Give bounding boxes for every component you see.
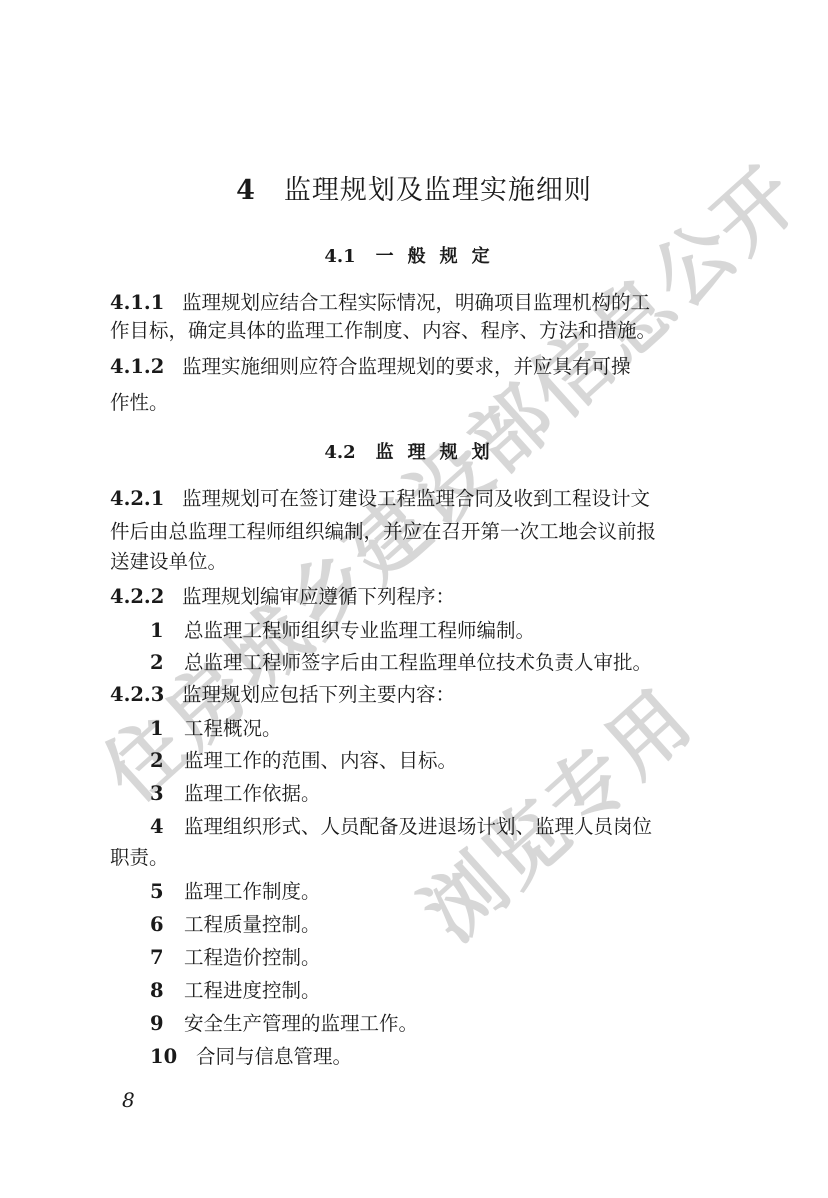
section-title-text: 监理规划 — [376, 442, 504, 463]
list-item: 1总监理工程师组织专业监理工程师编制。 — [150, 617, 762, 645]
section-number: 4.2 — [324, 442, 355, 463]
item-number: 1 — [150, 715, 184, 743]
list-item: 4监理组织形式、人员配备及进退场计划、监理人员岗位 — [150, 813, 762, 841]
item-number: 3 — [150, 780, 184, 808]
clause-number: 4.2.1 — [110, 485, 182, 513]
section-title-4-2: 4.2监理规划 — [0, 438, 828, 464]
list-item: 10合同与信息管理。 — [150, 1043, 762, 1071]
item-text: 工程进度控制。 — [184, 979, 321, 1002]
clause-text: 监理规划应结合工程实际情况，明确项目监理机构的工 — [182, 291, 650, 314]
clause-4-2-3-line1: 4.2.3监理规划应包括下列主要内容： — [110, 681, 722, 709]
item-number: 1 — [150, 617, 184, 645]
document-page: 住房城乡建设部信息公开 浏览专用 4监理规划及监理实施细则 4.1一般规定 4.… — [0, 0, 828, 1198]
item-number: 8 — [150, 977, 184, 1005]
clause-4-1-2-line1: 4.1.2监理实施细则应符合监理规划的要求，并应具有可操 — [110, 353, 722, 381]
item-text: 合同与信息管理。 — [196, 1045, 352, 1068]
list-item: 7工程造价控制。 — [150, 944, 762, 972]
clause-4-1-1-line2: 作目标，确定具体的监理工作制度、内容、程序、方法和措施。 — [110, 317, 722, 345]
item-text: 总监理工程师签字后由工程监理单位技术负责人审批。 — [184, 651, 652, 674]
chapter-title-text: 监理规划及监理实施细则 — [284, 175, 592, 206]
clause-4-2-1-line1: 4.2.1监理规划可在签订建设工程监理合同及收到工程设计文 — [110, 485, 722, 513]
clause-text: 监理规划应包括下列主要内容： — [182, 683, 455, 706]
list-item: 3监理工作依据。 — [150, 780, 762, 808]
item-text: 监理工作依据。 — [184, 782, 321, 805]
section-number: 4.1 — [324, 246, 355, 267]
item-text: 监理组织形式、人员配备及进退场计划、监理人员岗位 — [184, 815, 652, 838]
section-title-text: 一般规定 — [376, 246, 504, 267]
item-number: 6 — [150, 911, 184, 939]
chapter-title: 4监理规划及监理实施细则 — [0, 168, 828, 207]
item-text: 工程概况。 — [184, 717, 282, 740]
clause-4-1-2-line2: 作性。 — [110, 389, 722, 417]
list-item: 2监理工作的范围、内容、目标。 — [150, 747, 762, 775]
list-item: 2总监理工程师签字后由工程监理单位技术负责人审批。 — [150, 649, 762, 677]
clause-number: 4.2.2 — [110, 583, 182, 611]
clause-4-2-1-line3: 送建设单位。 — [110, 548, 722, 576]
list-item: 8工程进度控制。 — [150, 977, 762, 1005]
clause-number: 4.1.1 — [110, 289, 182, 317]
list-item: 9安全生产管理的监理工作。 — [150, 1010, 762, 1038]
item-number: 9 — [150, 1010, 184, 1038]
clause-4-2-2-line1: 4.2.2监理规划编审应遵循下列程序： — [110, 583, 722, 611]
clause-number: 4.1.2 — [110, 353, 182, 381]
clause-text: 监理规划编审应遵循下列程序： — [182, 585, 455, 608]
item-number: 2 — [150, 747, 184, 775]
item-text: 安全生产管理的监理工作。 — [184, 1012, 418, 1035]
section-title-4-1: 4.1一般规定 — [0, 242, 828, 268]
item-number: 5 — [150, 878, 184, 906]
clause-4-1-1-line1: 4.1.1监理规划应结合工程实际情况，明确项目监理机构的工 — [110, 289, 722, 317]
item-number: 7 — [150, 944, 184, 972]
clause-number: 4.2.3 — [110, 681, 182, 709]
item-text: 工程造价控制。 — [184, 946, 321, 969]
item-number: 4 — [150, 813, 184, 841]
list-item-continuation: 职责。 — [110, 844, 722, 872]
list-item: 6工程质量控制。 — [150, 911, 762, 939]
item-text: 监理工作制度。 — [184, 880, 321, 903]
list-item: 5监理工作制度。 — [150, 878, 762, 906]
item-number: 2 — [150, 649, 184, 677]
clause-text: 监理实施细则应符合监理规划的要求，并应具有可操 — [182, 355, 631, 378]
clause-4-2-1-line2: 件后由总监理工程师组织编制，并应在召开第一次工地会议前报 — [110, 518, 722, 546]
item-number: 10 — [150, 1043, 196, 1071]
chapter-number: 4 — [236, 175, 256, 206]
page-number: 8 — [122, 1088, 135, 1112]
list-item: 1工程概况。 — [150, 715, 762, 743]
item-text: 工程质量控制。 — [184, 913, 321, 936]
clause-text: 监理规划可在签订建设工程监理合同及收到工程设计文 — [182, 487, 650, 510]
item-text: 总监理工程师组织专业监理工程师编制。 — [184, 619, 535, 642]
item-text: 监理工作的范围、内容、目标。 — [184, 749, 457, 772]
